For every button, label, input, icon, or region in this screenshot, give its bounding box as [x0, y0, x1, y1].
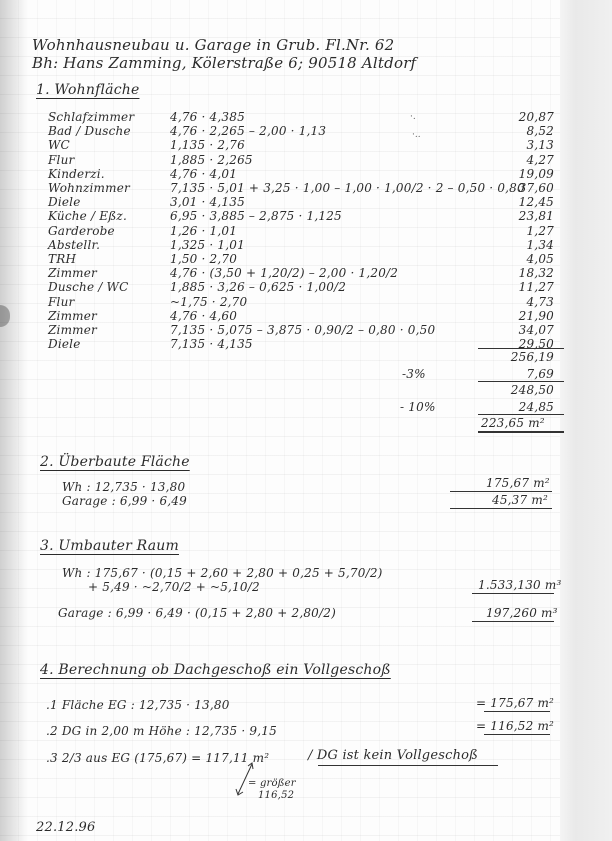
room-name: Dusche / WC — [48, 280, 128, 294]
room-area: 1,27 — [484, 224, 554, 238]
room-name: Zimmer — [48, 323, 97, 337]
built-area-garage: Garage : 6,99 · 6,49 — [62, 494, 187, 508]
room-formula: 4,76 · 4,385 — [170, 110, 245, 124]
room-name: Diele — [48, 337, 81, 351]
page-edge-margin — [560, 0, 612, 841]
room-area: 12,45 — [484, 195, 554, 209]
deduction-1-label: -3% — [402, 367, 426, 381]
result-underline — [472, 593, 554, 594]
result-underline — [450, 508, 552, 509]
room-area: 8,52 — [484, 124, 554, 138]
room-area: 1,34 — [484, 238, 554, 252]
room-name: WC — [48, 138, 70, 152]
room-area: 4,05 — [484, 252, 554, 266]
comparison-note: = größer — [248, 778, 296, 789]
built-area-garage-result: 45,37 m² — [492, 493, 548, 507]
sum-line — [478, 381, 564, 382]
room-formula: 1,50 · 2,70 — [170, 252, 237, 266]
section-3-heading: 3. Umbauter Raum — [40, 538, 179, 554]
room-formula: 4,76 · (3,50 + 1,20/2) – 2,00 · 1,20/2 — [170, 266, 398, 280]
room-formula: 4,76 · 4,60 — [170, 309, 237, 323]
section-2-heading: 2. Überbaute Fläche — [40, 454, 190, 470]
document-date: 22.12.96 — [36, 820, 96, 835]
room-area: 20,87 — [484, 110, 554, 124]
result-underline — [472, 621, 554, 622]
room-formula: 1,325 · 1,01 — [170, 238, 245, 252]
volume-wh-line2: + 5,49 · ~2,70/2 + ~5,10/2 — [88, 580, 260, 594]
volume-wh-line1: Wh : 175,67 · (0,15 + 2,60 + 2,80 + 0,25… — [62, 566, 383, 580]
conclusion-underline — [318, 765, 498, 766]
room-name: TRH — [48, 252, 76, 266]
room-area: 19,09 — [484, 167, 554, 181]
room-name: Schlafzimmer — [48, 110, 134, 124]
deduction-2-label: - 10% — [400, 400, 436, 414]
section-1-heading: 1. Wohnfläche — [36, 82, 139, 98]
comparison-value: 116,52 — [258, 790, 294, 801]
room-formula: 7,135 · 5,075 – 3,875 · 0,90/2 – 0,80 · … — [170, 323, 435, 337]
result-underline — [484, 711, 550, 712]
room-formula: 4,76 · 4,01 — [170, 167, 237, 181]
punch-hole — [0, 305, 10, 327]
subtotal: 256,19 — [484, 350, 554, 364]
room-formula: 7,135 · 5,01 + 3,25 · 1,00 – 1,00 · 1,00… — [170, 181, 525, 195]
deduction-1-value: 7,69 — [484, 367, 554, 381]
check-item-1-result: = 175,67 m² — [476, 696, 554, 710]
room-area: 21,90 — [484, 309, 554, 323]
room-area: 34,07 — [484, 323, 554, 337]
room-name: Garderobe — [48, 224, 115, 238]
room-formula: 1,885 · 3,26 – 0,625 · 1,00/2 — [170, 280, 346, 294]
after-deduction-1: 248,50 — [484, 383, 554, 397]
room-formula: ~1,75 · 2,70 — [170, 295, 247, 309]
room-name: Flur — [48, 295, 74, 309]
deduction-2-value: 24,85 — [484, 400, 554, 414]
room-area: 23,81 — [484, 209, 554, 223]
volume-garage-result: 197,260 m³ — [486, 606, 558, 620]
room-formula: 1,26 · 1,01 — [170, 224, 237, 238]
project-title: Wohnhausneubau u. Garage in Grub. Fl.Nr.… — [32, 36, 394, 54]
built-area-wh: Wh : 12,735 · 13,80 — [62, 480, 185, 494]
double-underline — [478, 431, 564, 433]
pencil-marks: ·.. — [412, 130, 421, 140]
room-formula: 3,01 · 4,135 — [170, 195, 245, 209]
room-area: 4,27 — [484, 153, 554, 167]
pencil-marks: ·. — [410, 112, 416, 122]
room-name: Zimmer — [48, 309, 97, 323]
client-address: Bh: Hans Zamming, Kölerstraße 6; 90518 A… — [32, 54, 416, 72]
room-name: Küche / Eßz. — [48, 209, 127, 223]
room-name: Wohnzimmer — [48, 181, 130, 195]
room-name: Abstellr. — [48, 238, 100, 252]
room-formula: 6,95 · 3,885 – 2,875 · 1,125 — [170, 209, 342, 223]
sum-line — [478, 348, 564, 349]
sum-line — [478, 414, 564, 415]
section-4-heading: 4. Berechnung ob Dachgeschoß ein Vollges… — [40, 662, 391, 678]
room-formula: 1,885 · 2,265 — [170, 153, 253, 167]
check-item-2-result: = 116,52 m² — [476, 719, 554, 733]
volume-wh-result: 1.533,130 m³ — [478, 578, 561, 592]
room-name: Flur — [48, 153, 74, 167]
room-formula: 7,135 · 4,135 — [170, 337, 253, 351]
room-formula: 1,135 · 2,76 — [170, 138, 245, 152]
room-formula: 4,76 · 2,265 – 2,00 · 1,13 — [170, 124, 326, 138]
result-underline — [484, 734, 550, 735]
volume-garage: Garage : 6,99 · 6,49 · (0,15 + 2,80 + 2,… — [58, 606, 336, 620]
room-area: 3,13 — [484, 138, 554, 152]
check-item-2: .2 DG in 2,00 m Höhe : 12,735 · 9,15 — [46, 724, 277, 738]
room-name: Bad / Dusche — [48, 124, 131, 138]
room-name: Zimmer — [48, 266, 97, 280]
living-area-total: 223,65 m² — [481, 416, 545, 430]
conclusion: / DG ist kein Vollgeschoß — [308, 748, 478, 763]
room-area: 37,60 — [484, 181, 554, 195]
room-name: Diele — [48, 195, 81, 209]
result-underline — [450, 491, 552, 492]
room-area: 11,27 — [484, 280, 554, 294]
check-item-1: .1 Fläche EG : 12,735 · 13,80 — [46, 698, 230, 712]
room-name: Kinderzi. — [48, 167, 105, 181]
room-area: 18,32 — [484, 266, 554, 280]
room-area: 4,73 — [484, 295, 554, 309]
built-area-wh-result: 175,67 m² — [486, 476, 550, 490]
